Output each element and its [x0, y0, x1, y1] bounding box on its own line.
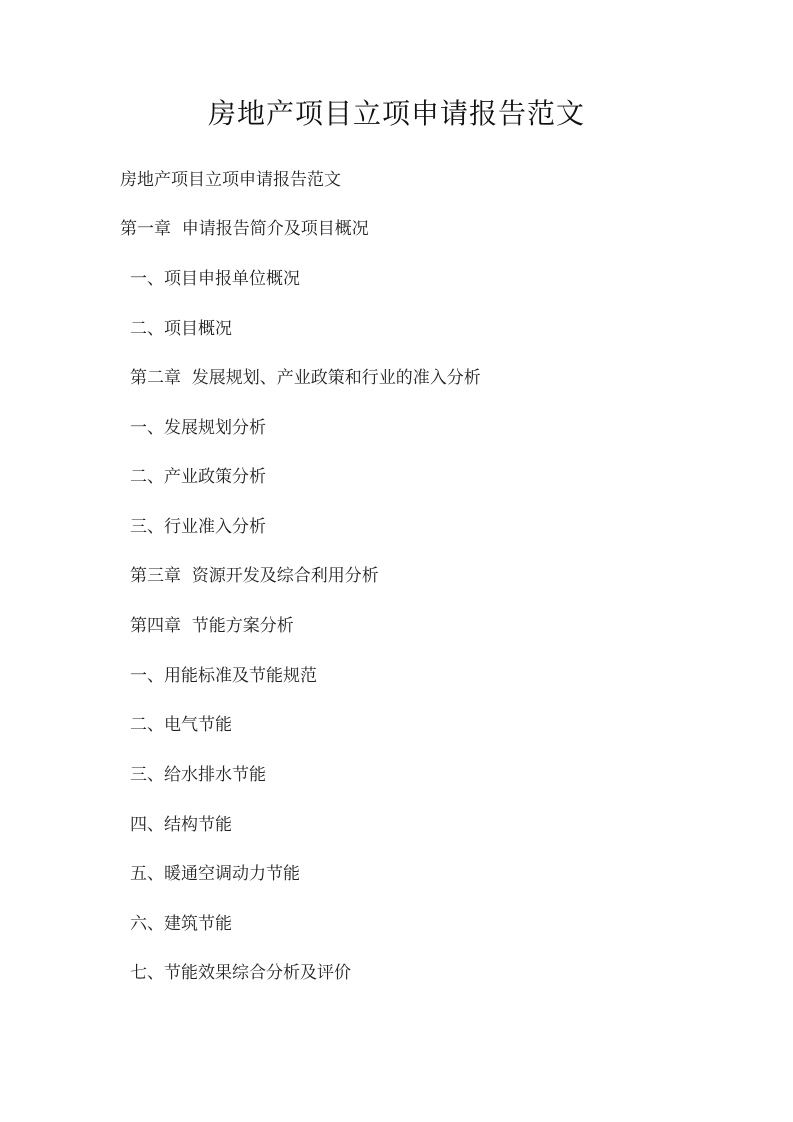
section-item: 三、行业准入分析: [130, 516, 266, 538]
subtitle-line: 房地产项目立项申请报告范文: [120, 169, 341, 191]
section-item: 五、暖通空调动力节能: [130, 863, 300, 885]
chapter-heading: 第一章 申请报告简介及项目概况: [120, 218, 369, 240]
section-item: 二、产业政策分析: [130, 466, 266, 488]
section-item: 一、用能标准及节能规范: [130, 665, 317, 687]
section-item: 一、项目申报单位概况: [130, 268, 300, 290]
chapter-heading: 第四章 节能方案分析: [130, 615, 294, 637]
section-item: 四、结构节能: [130, 814, 232, 836]
section-item: 六、建筑节能: [130, 913, 232, 935]
section-item: 二、项目概况: [130, 318, 232, 340]
section-item: 七、节能效果综合分析及评价: [130, 962, 351, 984]
section-item: 二、电气节能: [130, 714, 232, 736]
document-title: 房地产项目立项申请报告范文: [0, 96, 793, 132]
section-item: 三、给水排水节能: [130, 764, 266, 786]
section-item: 一、发展规划分析: [130, 417, 266, 439]
chapter-heading: 第三章 资源开发及综合利用分析: [130, 565, 379, 587]
chapter-heading: 第二章 发展规划、产业政策和行业的准入分析: [130, 367, 481, 389]
